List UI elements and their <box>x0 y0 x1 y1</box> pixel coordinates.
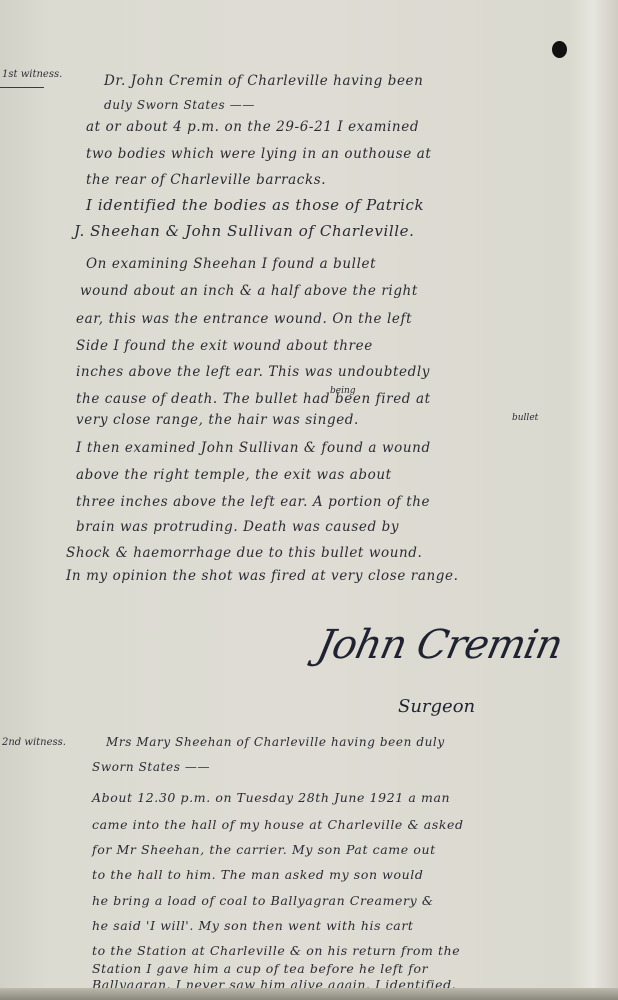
margin-label-witness-1: 1st witness. <box>2 69 62 80</box>
text-line: wound about an inch & a half above the r… <box>80 283 418 299</box>
text-line: brain was protruding. Death was caused b… <box>76 519 399 535</box>
text-line: Station I gave him a cup of tea before h… <box>92 961 428 976</box>
text-line: three inches above the left ear. A porti… <box>76 494 430 510</box>
text-line: the rear of Charleville barracks. <box>86 172 326 188</box>
text-line: In my opinion the shot was fired at very… <box>66 568 459 584</box>
margin-label-witness-2: 2nd witness. <box>2 737 66 748</box>
witness-2-sworn: Sworn States —— <box>92 760 210 774</box>
witness-1-header: Dr. John Cremin of Charleville having be… <box>104 73 423 89</box>
text-line: On examining Sheehan I found a bullet <box>86 256 376 272</box>
text-line: to the Station at Charleville & on his r… <box>92 943 460 958</box>
page-bottom-edge <box>0 988 618 1000</box>
text-line: I then examined John Sullivan & found a … <box>76 440 431 456</box>
text-line: About 12.30 p.m. on Tuesday 28th June 19… <box>92 790 450 805</box>
punch-hole <box>552 41 567 58</box>
insertion-bullet: bullet <box>512 413 538 423</box>
text-line: ear, this was the entrance wound. On the… <box>76 311 412 327</box>
text-line: above the right temple, the exit was abo… <box>76 467 392 483</box>
margin-underline <box>0 87 44 88</box>
signature-title: Surgeon <box>398 696 475 717</box>
text-line: inches above the left ear. This was undo… <box>76 364 430 380</box>
text-line: two bodies which were lying in an outhou… <box>86 146 431 162</box>
document-page: 1st witness. Dr. John Cremin of Charlevi… <box>0 0 618 1000</box>
witness-2-header: Mrs Mary Sheehan of Charleville having b… <box>106 735 445 749</box>
text-line: Shock & haemorrhage due to this bullet w… <box>66 545 422 561</box>
text-line: Side I found the exit wound about three <box>76 338 373 354</box>
signature: John Cremin <box>313 622 566 668</box>
witness-1-sworn: duly Sworn States —— <box>104 98 255 112</box>
text-line: very close range, the hair was singed. <box>76 412 359 428</box>
text-line: to the hall to him. The man asked my son… <box>92 867 423 882</box>
text-line: for Mr Sheehan, the carrier. My son Pat … <box>92 842 436 857</box>
text-line: he said 'I will'. My son then went with … <box>92 918 414 933</box>
text-line: at or about 4 p.m. on the 29-6-21 I exam… <box>86 119 419 135</box>
text-line: J. Sheehan & John Sullivan of Charlevill… <box>74 222 415 240</box>
text-line: he bring a load of coal to Ballyagran Cr… <box>92 893 434 908</box>
text-line: I identified the bodies as those of Patr… <box>86 196 424 214</box>
text-line: the cause of death. The bullet had been … <box>76 391 431 407</box>
text-line: came into the hall of my house at Charle… <box>92 817 464 832</box>
insertion-being: being <box>330 386 356 396</box>
